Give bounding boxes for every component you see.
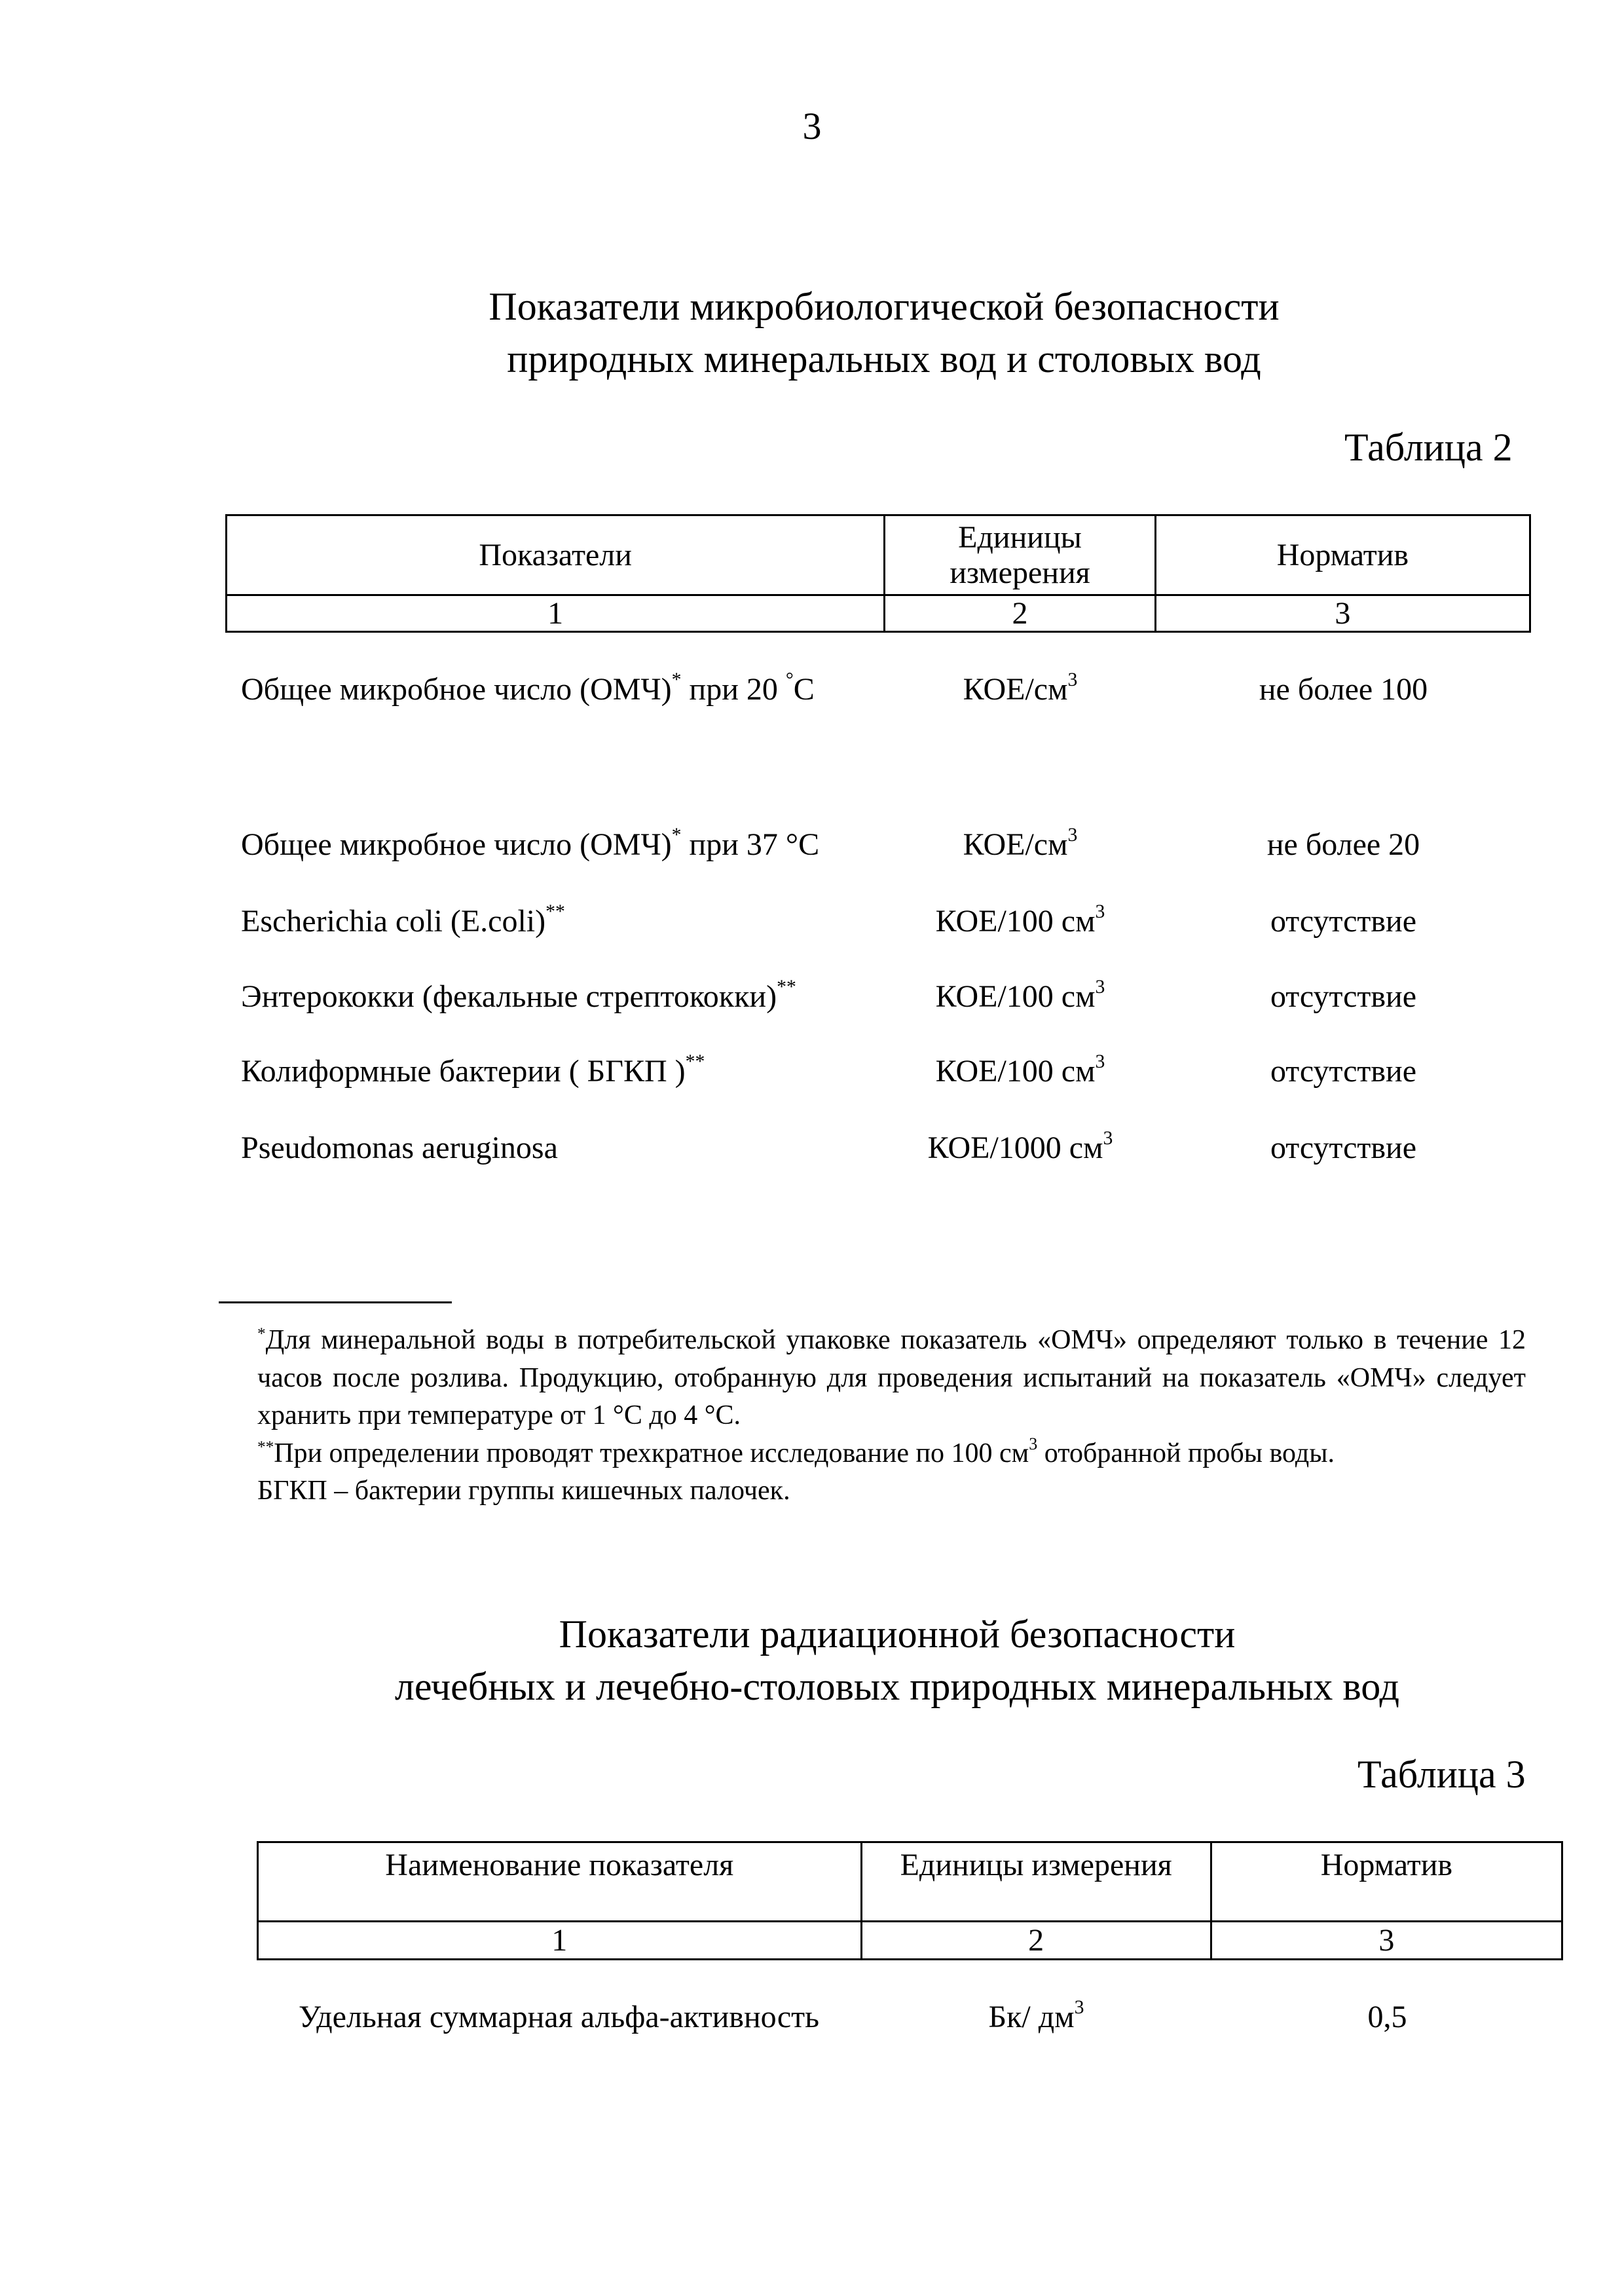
table-2-row-unit: КОЕ/100 см3 [885, 902, 1156, 941]
unit-superscript: 3 [1095, 1051, 1105, 1072]
unit-superscript: 3 [1095, 901, 1105, 922]
table-2-row-norm: не более 20 [1156, 825, 1531, 865]
footnote-2: **При определении проводят трехкратное и… [257, 1435, 1526, 1473]
footnote-mark: * [672, 669, 682, 690]
unit-text: КОЕ/1000 см [928, 1130, 1103, 1165]
footnote-2-mark: ** [257, 1438, 274, 1456]
title-line-1: Показатели радиационной безопасности [0, 1608, 1624, 1660]
column-number-2: 2 [861, 1922, 1211, 1960]
table-2-row-norm: отсутствие [1156, 1129, 1531, 1168]
title-line-2: лечебных и лечебно-столовых природных ми… [0, 1660, 1624, 1713]
unit-superscript: 3 [1075, 1996, 1084, 2018]
table-2-row-unit: КОЕ/100 см3 [885, 1052, 1156, 1091]
row-name-suffix: при 37 °С [682, 827, 820, 862]
header-units-line-2: измерения [885, 555, 1154, 591]
header-units-line-1: Единицы [885, 520, 1154, 555]
footnote-mark: * [672, 824, 682, 846]
header-units: Единицы измерения [861, 1842, 1211, 1922]
section-title-microbiological: Показатели микробиологической безопаснос… [0, 280, 1624, 385]
title-line-2: природных минеральных вод и столовых вод [0, 333, 1624, 385]
table-2-row-unit: КОЕ/1000 см3 [885, 1129, 1156, 1168]
footnote-3: БГКП – бактерии группы кишечных палочек. [257, 1472, 1526, 1510]
column-number-3: 3 [1211, 1922, 1562, 1960]
table-2-row-unit: КОЕ/см3 [885, 670, 1156, 709]
title-line-1: Показатели микробиологической безопаснос… [0, 280, 1624, 333]
unit-superscript: 3 [1067, 669, 1077, 690]
table-3-header: Наименование показателя Единицы измерени… [257, 1841, 1563, 1960]
row-name-text: Escherichia coli (E.coli) [241, 904, 545, 939]
table-2-row-norm: отсутствие [1156, 977, 1531, 1017]
unit-superscript: 3 [1095, 976, 1105, 998]
unit-text: КОЕ/см [963, 827, 1068, 862]
table-2-row-name: Колиформные бактерии ( БГКП )** [241, 1052, 705, 1091]
unit-text: КОЕ/100 см [936, 904, 1096, 939]
table-2-row-norm: отсутствие [1156, 1052, 1531, 1091]
unit-text: КОЕ/100 см [936, 979, 1096, 1014]
row-name-text: Общее микробное число (ОМЧ) [241, 672, 672, 707]
footnote-mark: ** [777, 976, 796, 998]
footnotes: *Для минеральной воды в потребительской … [257, 1322, 1526, 1510]
footnote-2-text-b: отобранной пробы воды. [1037, 1438, 1335, 1468]
table-2-row-unit: КОЕ/см3 [885, 825, 1156, 865]
footnote-separator [219, 1301, 452, 1303]
table-2-row-norm: отсутствие [1156, 902, 1531, 941]
footnote-mark: ** [686, 1051, 705, 1072]
column-number-1: 1 [258, 1922, 862, 1960]
table-2-row-name: Pseudomonas aeruginosa [241, 1129, 558, 1168]
row-name-text: Общее микробное число (ОМЧ) [241, 827, 672, 862]
unit-text: Бк/ дм [989, 2000, 1075, 2034]
table-2-row-name: Энтерококки (фекальные стрептококки)** [241, 977, 796, 1017]
header-indicator-name: Наименование показателя [258, 1842, 862, 1922]
unit-superscript: 3 [1067, 824, 1077, 846]
degree-mark: ° [786, 669, 794, 690]
page-number: 3 [0, 103, 1624, 149]
footnote-mark: ** [545, 901, 565, 922]
table-3-row-unit: Бк/ дм3 [861, 1999, 1211, 2036]
column-number-1: 1 [227, 595, 885, 632]
table-2-row-name: Escherichia coli (E.coli)** [241, 902, 565, 941]
table-3-row-norm: 0,5 [1211, 1999, 1563, 2036]
column-number-3: 3 [1155, 595, 1530, 632]
section-title-radiation: Показатели радиационной безопасности леч… [0, 1608, 1624, 1713]
unit-superscript: 3 [1103, 1127, 1113, 1149]
row-name-end: С [794, 672, 815, 707]
header-indicators: Показатели [227, 515, 885, 595]
table-2-row-name: Общее микробное число (ОМЧ)* при 20 °С [241, 670, 815, 709]
table-2-header: Показатели Единицы измерения Норматив 1 … [225, 514, 1531, 633]
header-norm: Норматив [1211, 1842, 1562, 1922]
row-name-text: Pseudomonas aeruginosa [241, 1130, 558, 1165]
unit-text: КОЕ/см [963, 672, 1068, 707]
header-units: Единицы измерения [885, 515, 1156, 595]
table-2-row-norm: не более 100 [1156, 670, 1531, 709]
table-3-row-name: Удельная суммарная альфа-активность [257, 1999, 861, 2036]
table-3-label: Таблица 3 [1357, 1751, 1526, 1797]
header-norm: Норматив [1155, 515, 1530, 595]
table-2-row-name: Общее микробное число (ОМЧ)* при 37 °С [241, 825, 819, 865]
row-name-suffix: при 20 [682, 672, 786, 707]
row-name-text: Колиформные бактерии ( БГКП ) [241, 1054, 686, 1089]
footnote-1: *Для минеральной воды в потребительской … [257, 1322, 1526, 1435]
table-2-label: Таблица 2 [1344, 424, 1513, 470]
footnote-2-text-a: При определении проводят трехкратное исс… [274, 1438, 1029, 1468]
column-number-2: 2 [885, 595, 1156, 632]
footnote-2-sup: 3 [1029, 1434, 1037, 1453]
row-name-text: Энтерококки (фекальные стрептококки) [241, 979, 777, 1014]
footnote-1-mark: * [257, 1325, 266, 1343]
unit-text: КОЕ/100 см [936, 1054, 1096, 1089]
footnote-1-text: Для минеральной воды в потребительской у… [257, 1325, 1526, 1430]
table-2-row-unit: КОЕ/100 см3 [885, 977, 1156, 1017]
